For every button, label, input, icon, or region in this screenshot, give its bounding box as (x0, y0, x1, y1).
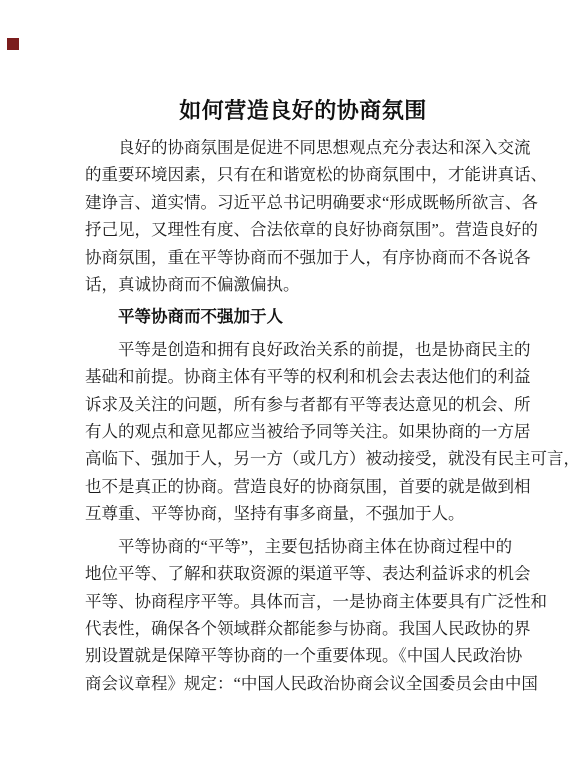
page-corner-marker (7, 38, 19, 50)
section-heading-equal-consultation: 平等协商而不强加于人 (85, 303, 521, 330)
paragraph-intro: 良好的协商氛围是促进不同思想观点充分表达和深入交流 的重要环境因素，只有在和谐宽… (85, 134, 521, 298)
paragraph-equality-premise: 平等是创造和拥有良好政治关系的前提，也是协商民主的 基础和前提。协商主体有平等的… (85, 336, 521, 528)
paragraph-equality-details: 平等协商的“平等”，主要包括协商主体在协商过程中的 地位平等、了解和获取资源的渠… (85, 533, 521, 697)
document-page: 如何营造良好的协商氛围 良好的协商氛围是促进不同思想观点充分表达和深入交流 的重… (85, 96, 521, 697)
document-title: 如何营造良好的协商氛围 (85, 96, 521, 126)
